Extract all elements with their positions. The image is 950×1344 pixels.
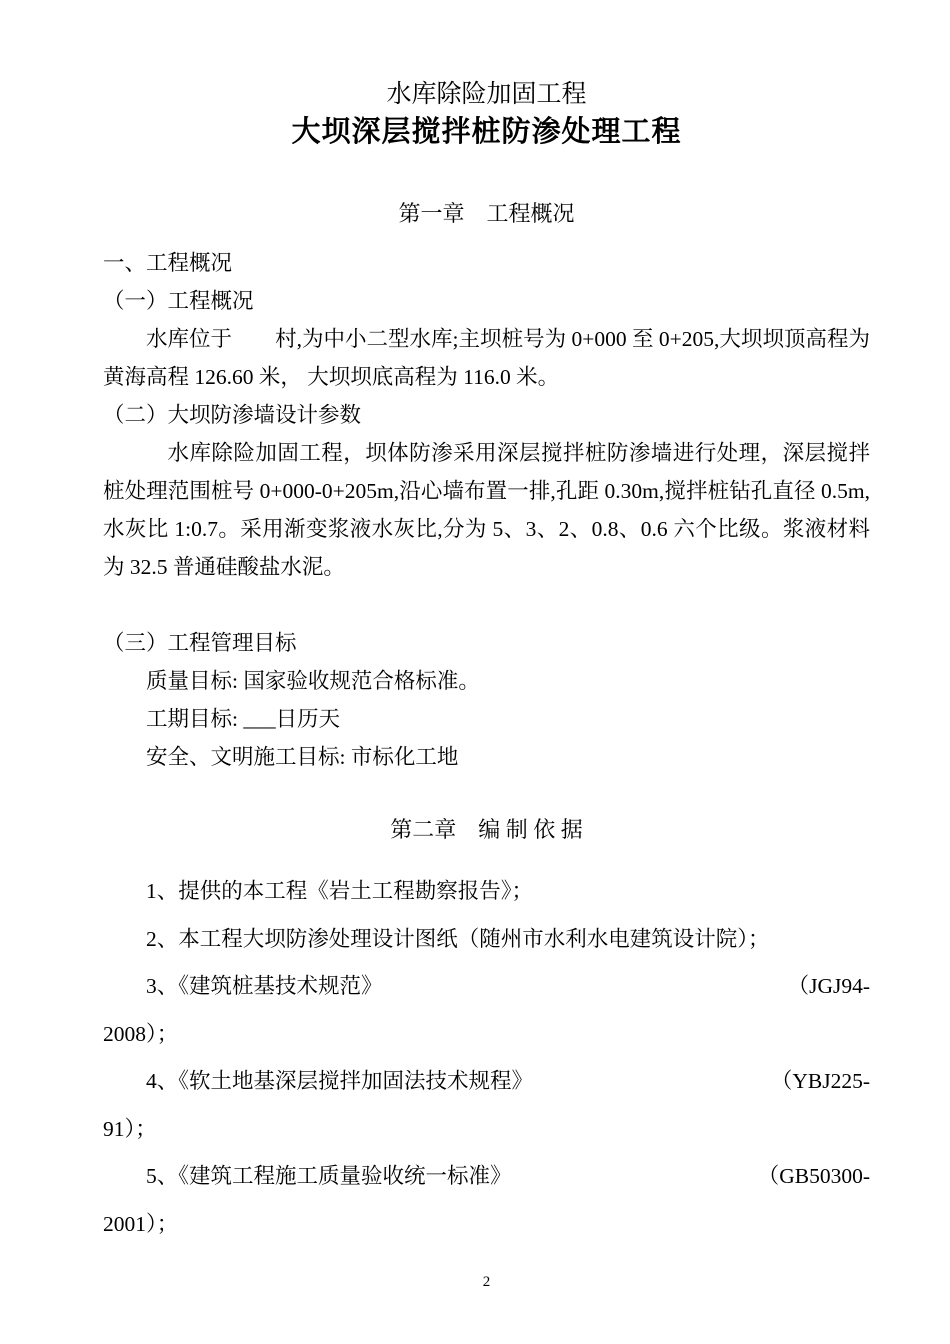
document-content: 水库除险加固工程 大坝深层搅拌桩防渗处理工程 第一章 工程概况 一、工程概况 （… [0, 0, 950, 1248]
reference-item-5-title: 5、《建筑工程施工质量验收统一标准》 [103, 1153, 512, 1201]
chapter1-heading: 第一章 工程概况 [103, 196, 870, 232]
reference-item-3-first-line: 3、《建筑桩基技术规范》 （JGJ94- [103, 963, 870, 1011]
reference-item-5-code: （GB50300- [758, 1153, 870, 1201]
doc-title-line1: 水库除险加固工程 [103, 78, 870, 112]
chapter1-body: 一、工程概况 （一）工程概况 水库位于 村,为中小二型水库;主坝桩号为 0+00… [103, 244, 870, 776]
reference-item-2: 2、本工程大坝防渗处理设计图纸（随州市水利水电建筑设计院）； [103, 916, 870, 964]
reference-item-4-code-continuation: 91）； [103, 1106, 870, 1154]
page-number: 2 [103, 1272, 870, 1292]
reference-item-4-title: 4、《软土地基深层搅拌加固法技术规程》 [103, 1058, 533, 1106]
doc-title-line2: 大坝深层搅拌桩防渗处理工程 [103, 112, 870, 152]
document-page: 水库除险加固工程 大坝深层搅拌桩防渗处理工程 第一章 工程概况 一、工程概况 （… [0, 0, 950, 1344]
reference-item-1: 1、提供的本工程《岩土工程勘察报告》； [103, 868, 870, 916]
subsection-1-heading: （一）工程概况 [103, 282, 870, 320]
reference-item-4-code: （YBJ225- [771, 1058, 870, 1106]
section-heading-overview: 一、工程概况 [103, 244, 870, 282]
reference-item-4: 4、《软土地基深层搅拌加固法技术规程》 （YBJ225- 91）； [103, 1058, 870, 1153]
schedule-target-line: 工期目标: ___日历天 [103, 700, 870, 738]
subsection-1-paragraph: 水库位于 村,为中小二型水库;主坝桩号为 0+000 至 0+205,大坝坝顶高… [103, 320, 870, 396]
reference-item-3-code: （JGJ94- [788, 963, 870, 1011]
subsection-2-heading: （二）大坝防渗墙设计参数 [103, 396, 870, 434]
reference-item-5: 5、《建筑工程施工质量验收统一标准》 （GB50300- 2001）； [103, 1153, 870, 1248]
reference-item-3: 3、《建筑桩基技术规范》 （JGJ94- 2008）； [103, 963, 870, 1058]
quality-target-line: 质量目标: 国家验收规范合格标准。 [103, 662, 870, 700]
reference-item-5-code-continuation: 2001）； [103, 1201, 870, 1249]
reference-item-4-first-line: 4、《软土地基深层搅拌加固法技术规程》 （YBJ225- [103, 1058, 870, 1106]
subsection-2-paragraph: 水库除险加固工程，坝体防渗采用深层搅拌桩防渗墙进行处理，深层搅拌桩处理范围桩号 … [103, 434, 870, 586]
reference-list: 1、提供的本工程《岩土工程勘察报告》； 2、本工程大坝防渗处理设计图纸（随州市水… [103, 868, 870, 1248]
chapter2-heading: 第二章 编 制 依 据 [103, 812, 870, 848]
subsection-3-heading: （三）工程管理目标 [103, 624, 870, 662]
reference-item-3-code-continuation: 2008）； [103, 1011, 870, 1059]
safety-target-line: 安全、文明施工目标: 市标化工地 [103, 738, 870, 776]
reference-item-5-first-line: 5、《建筑工程施工质量验收统一标准》 （GB50300- [103, 1153, 870, 1201]
reference-item-3-title: 3、《建筑桩基技术规范》 [103, 963, 383, 1011]
